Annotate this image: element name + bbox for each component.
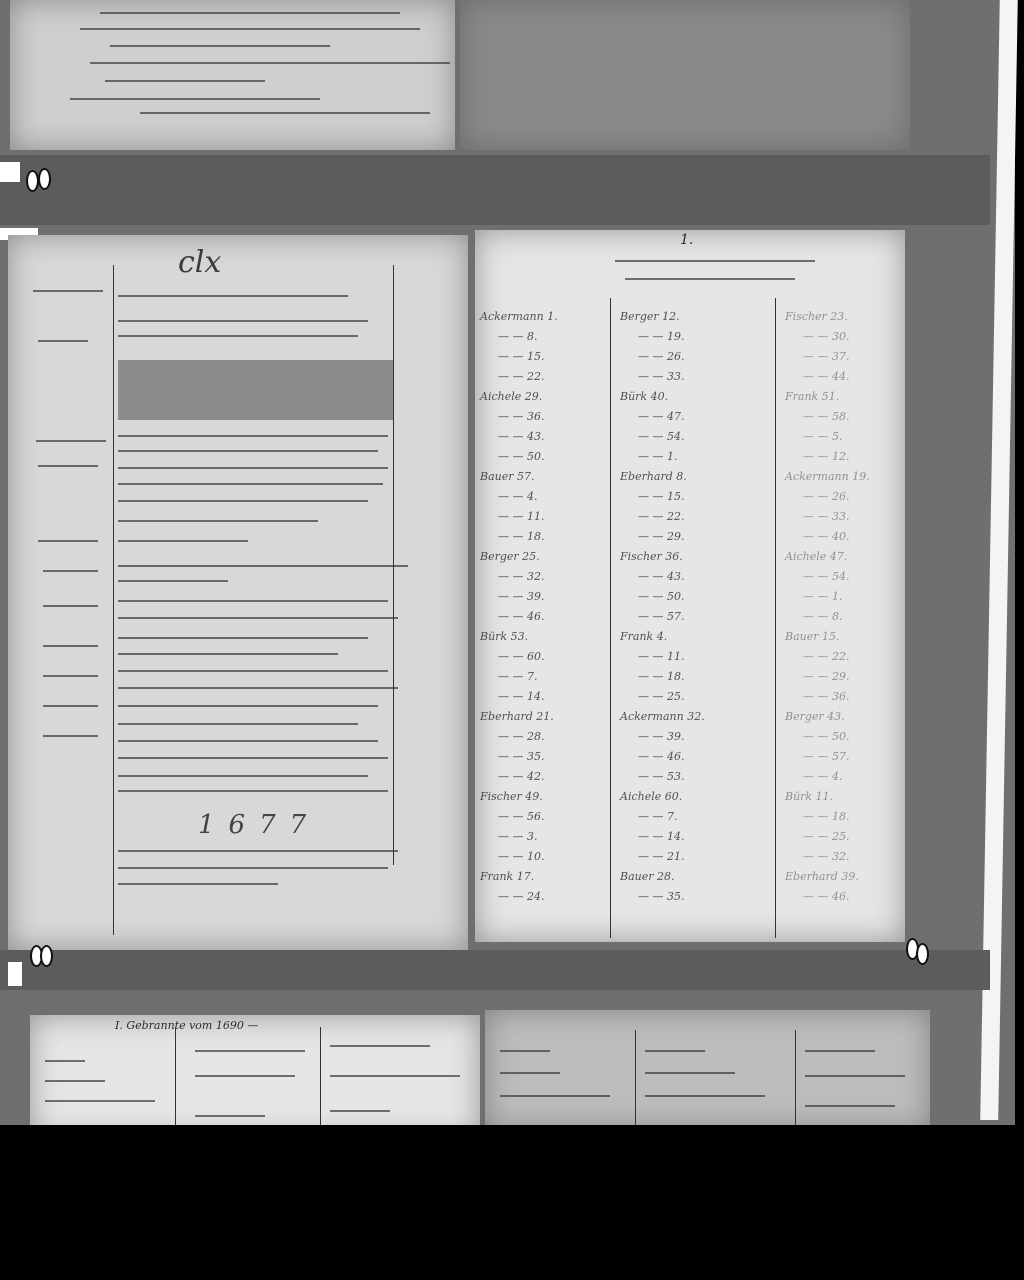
index-entry: — — 29. [803,670,850,683]
index-entry: — — 60. [498,650,545,663]
index-entry: — — 8. [803,610,843,623]
index-entry: — — 46. [498,610,545,623]
index-entry: — — 22. [803,650,850,663]
index-entry: — — 57. [803,750,850,763]
index-entry: Bürk 11. [785,790,833,803]
faded-entry-block [118,360,393,420]
index-entry: — — 15. [498,350,545,363]
index-entry: — — 11. [498,510,545,523]
index-entry: — — 14. [638,830,685,843]
index-entry: Aichele 29. [480,390,542,403]
index-entry: Fischer 23. [785,310,848,323]
index-entry: — — 18. [498,530,545,543]
index-entry: — — 43. [498,430,545,443]
index-entry: — — 54. [803,570,850,583]
bottom-frame-header: I. Gebrannte vom 1690 — [115,1019,258,1032]
index-entry: — — 19. [638,330,685,343]
index-entry: — — 33. [803,510,850,523]
index-entry: — — 36. [498,410,545,423]
index-entry: — — 10. [498,850,545,863]
index-entry: Frank 17. [480,870,534,883]
frame-separator [0,155,990,225]
register-index-page: 1. Ackermann 1.— — 8.— — 15.— — 22.Aiche… [475,230,905,942]
index-entry: — — 30. [803,330,850,343]
index-entry: — — 46. [638,750,685,763]
index-entry: — — 1. [638,450,678,463]
frame-separator [0,950,990,990]
index-entry: Berger 12. [620,310,680,323]
index-entry: — — 7. [498,670,538,683]
register-page-left: CLX (roman numeral page header, faded) c… [8,235,468,950]
index-entry: — — 21. [638,850,685,863]
frame-marker [26,170,39,192]
index-entry: — — 25. [803,830,850,843]
index-entry: — — 4. [498,490,538,503]
index-entry: — — 18. [638,670,685,683]
index-entry: — — 56. [498,810,545,823]
index-entry: — — 39. [498,590,545,603]
film-border-bottom [0,1125,1024,1280]
index-entry: — — 14. [498,690,545,703]
index-entry: Frank 51. [785,390,839,403]
index-entry: Bürk 53. [480,630,528,643]
index-entry: Frank 4. [620,630,667,643]
index-entry: — — 29. [638,530,685,543]
index-entry: — — 4. [803,770,843,783]
index-entry: — — 50. [498,450,545,463]
index-entry: — — 57. [638,610,685,623]
index-entry: — — 15. [638,490,685,503]
index-entry: — — 54. [638,430,685,443]
page-header-display: clx [178,245,221,280]
index-entry: — — 1. [803,590,843,603]
index-entry: Eberhard 21. [480,710,554,723]
index-entry: — — 26. [803,490,850,503]
index-entry: Fischer 49. [480,790,543,803]
index-entry: — — 43. [638,570,685,583]
index-entry: — — 42. [498,770,545,783]
index-entry: — — 11. [638,650,685,663]
top-frame-page-left [10,0,455,150]
bottom-frame-page-right [485,1010,930,1130]
index-entry: — — 3. [498,830,538,843]
index-entry: — — 18. [803,810,850,823]
index-entry: Berger 25. [480,550,540,563]
index-entry: Aichele 47. [785,550,847,563]
index-entry: — — 46. [803,890,850,903]
year-marker: 1677 [198,810,320,840]
index-entry: — — 28. [498,730,545,743]
index-entry: Berger 43. [785,710,845,723]
index-entry: Ackermann 32. [620,710,705,723]
index-entry: — — 12. [803,450,850,463]
index-entry: — — 22. [638,510,685,523]
index-entry: — — 35. [638,890,685,903]
index-entry: — — 33. [638,370,685,383]
index-entry: — — 40. [803,530,850,543]
top-frame-page-right [460,0,910,150]
index-entry: — — 47. [638,410,685,423]
index-entry: Fischer 36. [620,550,683,563]
index-entry: — — 25. [638,690,685,703]
index-entry: Bauer 15. [785,630,839,643]
index-entry: — — 8. [498,330,538,343]
index-entry: — — 36. [803,690,850,703]
index-entry: Aichele 60. [620,790,682,803]
index-entry: Bauer 28. [620,870,674,883]
index-entry: — — 53. [638,770,685,783]
index-entry: — — 7. [638,810,678,823]
index-entry: — — 50. [803,730,850,743]
index-entry: — — 35. [498,750,545,763]
index-entry: — — 5. [803,430,843,443]
frame-marker [38,168,51,190]
index-entry: — — 58. [803,410,850,423]
index-entry: — — 22. [498,370,545,383]
frame-marker [40,945,53,967]
index-entry: Eberhard 8. [620,470,687,483]
index-entry: — — 39. [638,730,685,743]
index-entry: — — 24. [498,890,545,903]
frame-tab [0,162,20,182]
index-entry: Ackermann 19. [785,470,870,483]
index-entry: — — 50. [638,590,685,603]
frame-tab [8,962,22,986]
index-entry: — — 32. [498,570,545,583]
frame-marker [916,943,929,965]
index-entry: — — 44. [803,370,850,383]
index-entry: — — 37. [803,350,850,363]
index-entry: — — 26. [638,350,685,363]
index-entry: Bauer 57. [480,470,534,483]
index-entry: Ackermann 1. [480,310,558,323]
index-page-number: 1. [680,232,693,248]
index-entry: Eberhard 39. [785,870,859,883]
index-entry: — — 32. [803,850,850,863]
bottom-frame-page-left: I. Gebrannte vom 1690 — [30,1015,480,1140]
index-entry: Bürk 40. [620,390,668,403]
